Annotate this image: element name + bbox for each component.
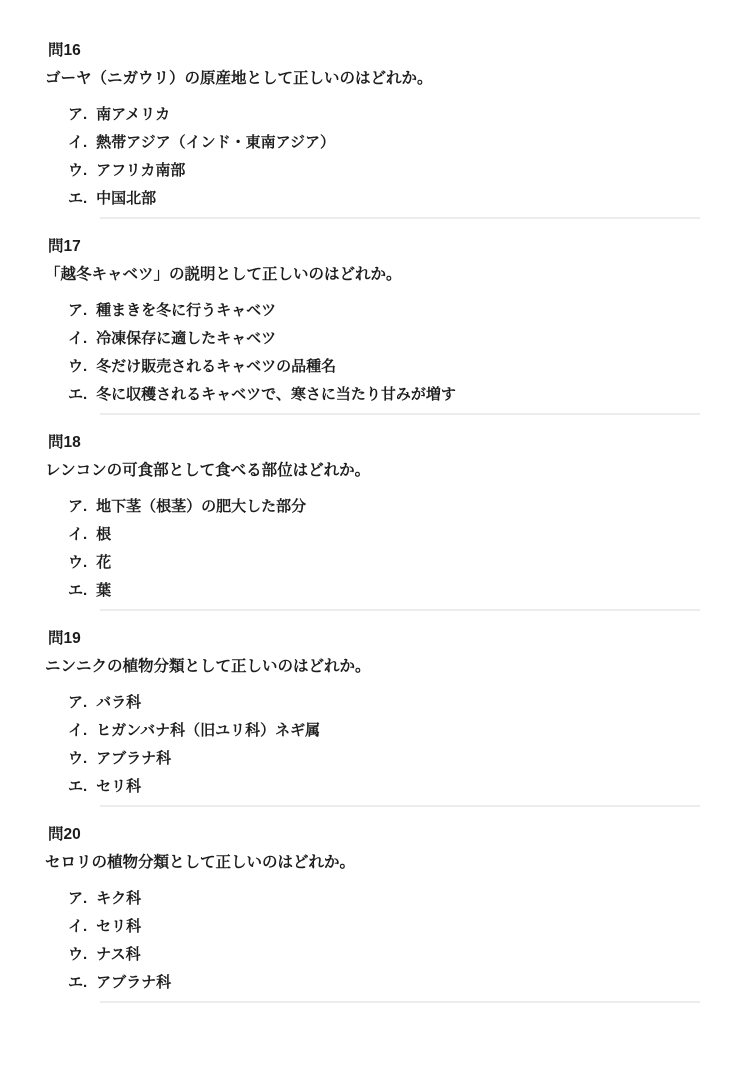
option-text: 南アメリカ xyxy=(96,103,170,124)
options-list: ア. 種まきを冬に行うキャベツ イ. 冷凍保存に適したキャベツ ウ. 冬だけ販売… xyxy=(45,295,701,407)
option-marker: エ. xyxy=(68,579,87,600)
question-block-16: 問16 ゴーヤ（ニガウリ）の原産地として正しいのはどれか。 ア. 南アメリカ イ… xyxy=(45,41,701,219)
option-text: 冬だけ販売されるキャベツの品種名 xyxy=(96,355,336,376)
option-e: エ. セリ科 xyxy=(68,771,701,799)
option-i: イ. 根 xyxy=(68,519,701,547)
question-separator xyxy=(100,217,700,219)
quiz-page: 問16 ゴーヤ（ニガウリ）の原産地として正しいのはどれか。 ア. 南アメリカ イ… xyxy=(0,0,741,1003)
option-text: アブラナ科 xyxy=(96,971,171,992)
option-marker: イ. xyxy=(68,915,87,936)
option-i: イ. ヒガンバナ科（旧ユリ科）ネギ属 xyxy=(68,715,701,743)
option-u: ウ. アフリカ南部 xyxy=(68,155,701,183)
option-u: ウ. 冬だけ販売されるキャベツの品種名 xyxy=(68,351,701,379)
option-marker: ウ. xyxy=(68,159,87,180)
question-separator xyxy=(100,1001,700,1003)
question-block-18: 問18 レンコンの可食部として食べる部位はどれか。 ア. 地下茎（根茎）の肥大し… xyxy=(45,433,701,611)
question-text: ゴーヤ（ニガウリ）の原産地として正しいのはどれか。 xyxy=(45,69,701,89)
option-marker: エ. xyxy=(68,775,87,796)
option-marker: イ. xyxy=(68,719,87,740)
question-number: 問16 xyxy=(48,41,701,61)
question-text: ニンニクの植物分類として正しいのはどれか。 xyxy=(45,657,701,677)
question-block-17: 問17 「越冬キャベツ」の説明として正しいのはどれか。 ア. 種まきを冬に行うキ… xyxy=(45,237,701,415)
option-e: エ. アブラナ科 xyxy=(68,967,701,995)
option-i: イ. 冷凍保存に適したキャベツ xyxy=(68,323,701,351)
options-list: ア. 南アメリカ イ. 熱帯アジア（インド・東南アジア） ウ. アフリカ南部 エ… xyxy=(45,99,701,211)
option-a: ア. キク科 xyxy=(68,883,701,911)
option-marker: イ. xyxy=(68,523,87,544)
option-marker: ア. xyxy=(68,103,87,124)
question-block-20: 問20 セロリの植物分類として正しいのはどれか。 ア. キク科 イ. セリ科 ウ… xyxy=(45,825,701,1003)
question-separator xyxy=(100,609,700,611)
question-number: 問18 xyxy=(48,433,701,453)
option-marker: ウ. xyxy=(68,551,87,572)
option-marker: ア. xyxy=(68,299,87,320)
option-marker: ア. xyxy=(68,495,87,516)
option-text: 根 xyxy=(96,523,111,544)
question-text: レンコンの可食部として食べる部位はどれか。 xyxy=(45,461,701,481)
option-text: ナス科 xyxy=(96,943,140,964)
option-a: ア. 種まきを冬に行うキャベツ xyxy=(68,295,701,323)
option-a: ア. 地下茎（根茎）の肥大した部分 xyxy=(68,491,701,519)
option-marker: イ. xyxy=(68,131,87,152)
option-text: キク科 xyxy=(96,887,141,908)
question-number: 問20 xyxy=(48,825,701,845)
question-text: セロリの植物分類として正しいのはどれか。 xyxy=(45,853,701,873)
option-marker: ウ. xyxy=(68,943,87,964)
option-text: ヒガンバナ科（旧ユリ科）ネギ属 xyxy=(96,719,320,740)
option-text: 冷凍保存に適したキャベツ xyxy=(96,327,276,348)
option-u: ウ. ナス科 xyxy=(68,939,701,967)
option-text: アブラナ科 xyxy=(96,747,171,768)
option-text: 熱帯アジア（インド・東南アジア） xyxy=(96,131,335,152)
option-i: イ. セリ科 xyxy=(68,911,701,939)
options-list: ア. キク科 イ. セリ科 ウ. ナス科 エ. アブラナ科 xyxy=(45,883,701,995)
option-text: 中国北部 xyxy=(96,187,156,208)
question-number: 問19 xyxy=(48,629,701,649)
option-a: ア. 南アメリカ xyxy=(68,99,701,127)
question-number: 問17 xyxy=(48,237,701,257)
option-marker: ア. xyxy=(68,887,87,908)
option-e: エ. 葉 xyxy=(68,575,701,603)
options-list: ア. バラ科 イ. ヒガンバナ科（旧ユリ科）ネギ属 ウ. アブラナ科 エ. セリ… xyxy=(45,687,701,799)
option-text: セリ科 xyxy=(96,915,141,936)
option-text: 花 xyxy=(96,551,111,572)
option-text: 地下茎（根茎）の肥大した部分 xyxy=(96,495,306,516)
option-text: アフリカ南部 xyxy=(96,159,185,180)
option-marker: イ. xyxy=(68,327,87,348)
option-a: ア. バラ科 xyxy=(68,687,701,715)
option-text: セリ科 xyxy=(96,775,141,796)
option-e: エ. 冬に収穫されるキャベツで、寒さに当たり甘みが増す xyxy=(68,379,701,407)
option-text: 葉 xyxy=(96,579,111,600)
option-u: ウ. アブラナ科 xyxy=(68,743,701,771)
question-separator xyxy=(100,413,700,415)
option-marker: ア. xyxy=(68,691,87,712)
option-marker: ウ. xyxy=(68,355,87,376)
question-text: 「越冬キャベツ」の説明として正しいのはどれか。 xyxy=(45,265,701,285)
question-separator xyxy=(100,805,700,807)
option-text: 冬に収穫されるキャベツで、寒さに当たり甘みが増す xyxy=(96,383,456,404)
option-i: イ. 熱帯アジア（インド・東南アジア） xyxy=(68,127,701,155)
options-list: ア. 地下茎（根茎）の肥大した部分 イ. 根 ウ. 花 エ. 葉 xyxy=(45,491,701,603)
option-marker: エ. xyxy=(68,187,87,208)
option-text: バラ科 xyxy=(96,691,141,712)
option-text: 種まきを冬に行うキャベツ xyxy=(96,299,276,320)
option-marker: エ. xyxy=(68,971,87,992)
option-marker: ウ. xyxy=(68,747,87,768)
option-e: エ. 中国北部 xyxy=(68,183,701,211)
option-u: ウ. 花 xyxy=(68,547,701,575)
option-marker: エ. xyxy=(68,383,87,404)
question-block-19: 問19 ニンニクの植物分類として正しいのはどれか。 ア. バラ科 イ. ヒガンバ… xyxy=(45,629,701,807)
